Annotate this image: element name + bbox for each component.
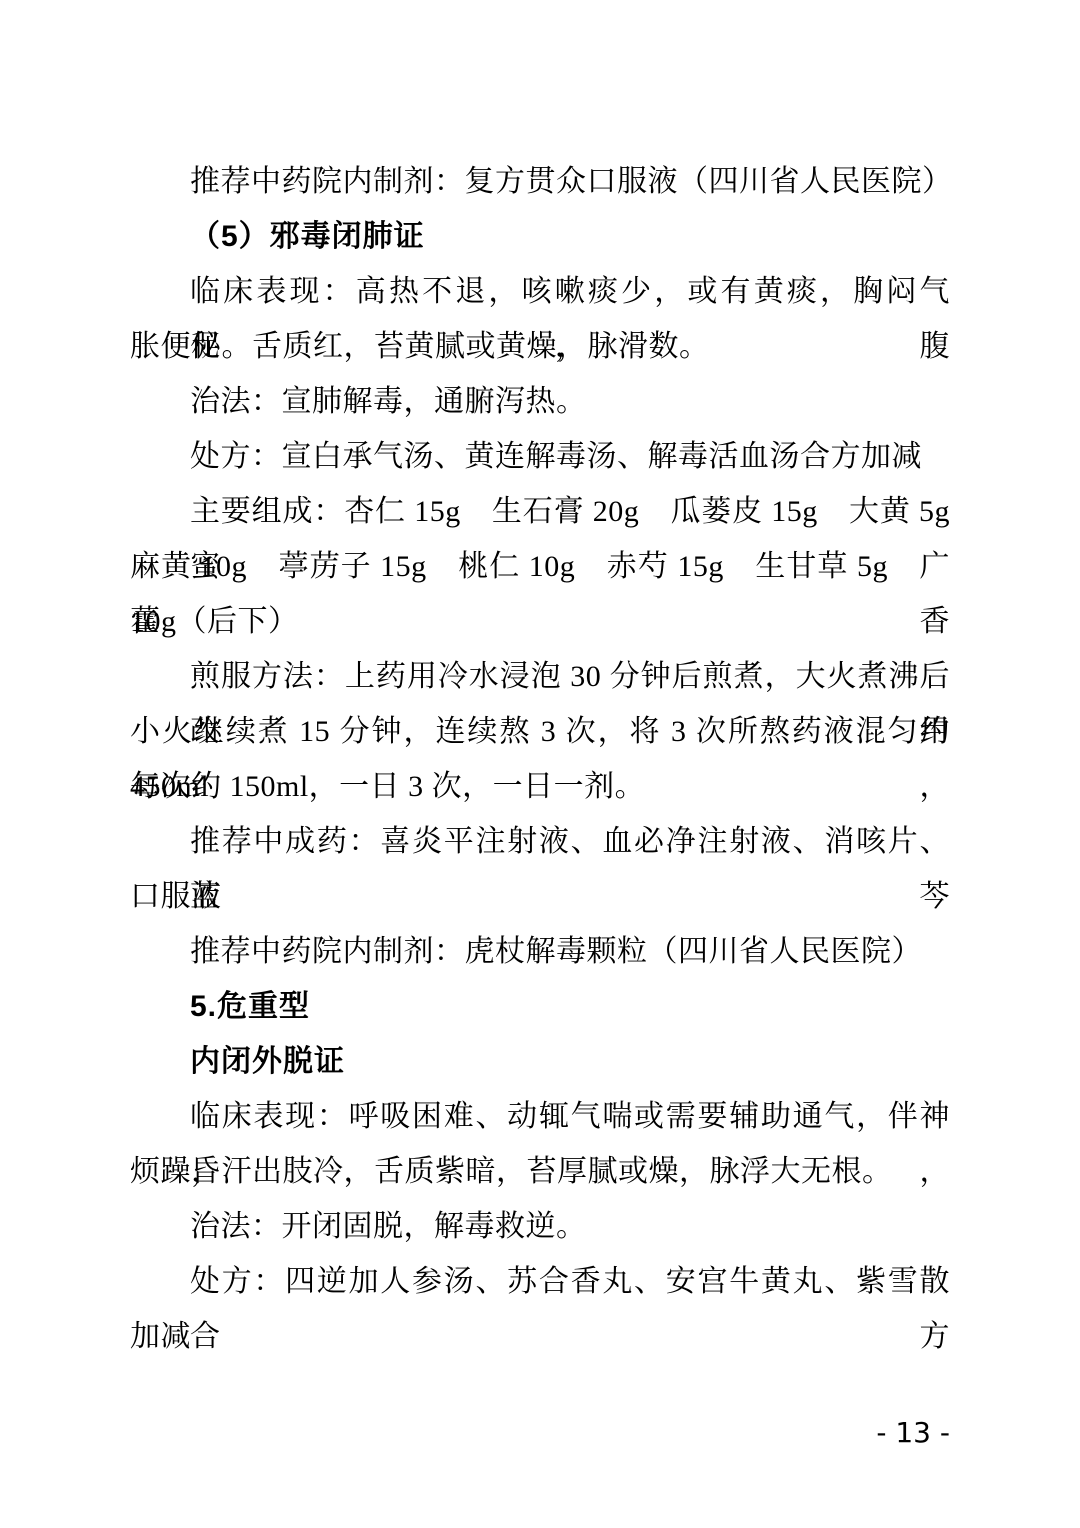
text-line-clinical-manifestation-2-cont: 烦躁，汗出肢冷，舌质紫暗，苔厚腻或燥，脉浮大无根。	[130, 1144, 950, 1199]
text-line-clinical-manifestation-2: 临床表现：呼吸困难、动辄气喘或需要辅助通气，伴神昏，	[130, 1089, 950, 1144]
text-line-treatment-method: 治法：宣肺解毒，通腑泻热。	[130, 374, 950, 429]
text-line-main-ingredients-cont: 麻黄 10g 葶苈子 15g 桃仁 10g 赤芍 15g 生甘草 5g 广藿香	[130, 539, 950, 594]
text-line-recommended-patent-medicine: 推荐中成药：喜炎平注射液、血必净注射液、消咳片、蓝芩	[130, 814, 950, 869]
text-line-clinical-manifestation: 临床表现：高热不退，咳嗽痰少，或有黄痰，胸闷气促，腹	[130, 264, 950, 319]
text-line-decoction-method-cont: 小火继续煮 15 分钟，连续熬 3 次，将 3 次所熬药液混匀约 450ml，	[130, 704, 950, 759]
page-number: - 13 -	[876, 1418, 950, 1448]
document-text-block: 推荐中药院内制剂：复方贯众口服液（四川省人民医院） （5）邪毒闭肺证 临床表现：…	[130, 154, 950, 1364]
text-line-recommended-hospital-preparation: 推荐中药院内制剂：复方贯众口服液（四川省人民医院）	[130, 154, 950, 209]
text-line-prescription: 处方：宣白承气汤、黄连解毒汤、解毒活血汤合方加减	[130, 429, 950, 484]
text-line-decoction-method: 煎服方法：上药用冷水浸泡 30 分钟后煎煮，大火煮沸后改用	[130, 649, 950, 704]
text-line-treatment-method-2: 治法：开闭固脱，解毒救逆。	[130, 1199, 950, 1254]
heading-syndrome-xiedu-bifei: （5）邪毒闭肺证	[130, 209, 950, 264]
text-line-prescription-2: 处方：四逆加人参汤、苏合香丸、安宫牛黄丸、紫雪散合方	[130, 1254, 950, 1309]
text-line-main-ingredients: 主要组成：杏仁 15g 生石膏 20g 瓜蒌皮 15g 大黄 5g 蜜	[130, 484, 950, 539]
heading-critical-type: 5.危重型	[130, 979, 950, 1034]
text-line-recommended-hospital-preparation-2: 推荐中药院内制剂：虎杖解毒颗粒（四川省人民医院）	[130, 924, 950, 979]
heading-syndrome-neibi-waituo: 内闭外脱证	[130, 1034, 950, 1089]
document-page: 推荐中药院内制剂：复方贯众口服液（四川省人民医院） （5）邪毒闭肺证 临床表现：…	[0, 0, 1080, 1528]
